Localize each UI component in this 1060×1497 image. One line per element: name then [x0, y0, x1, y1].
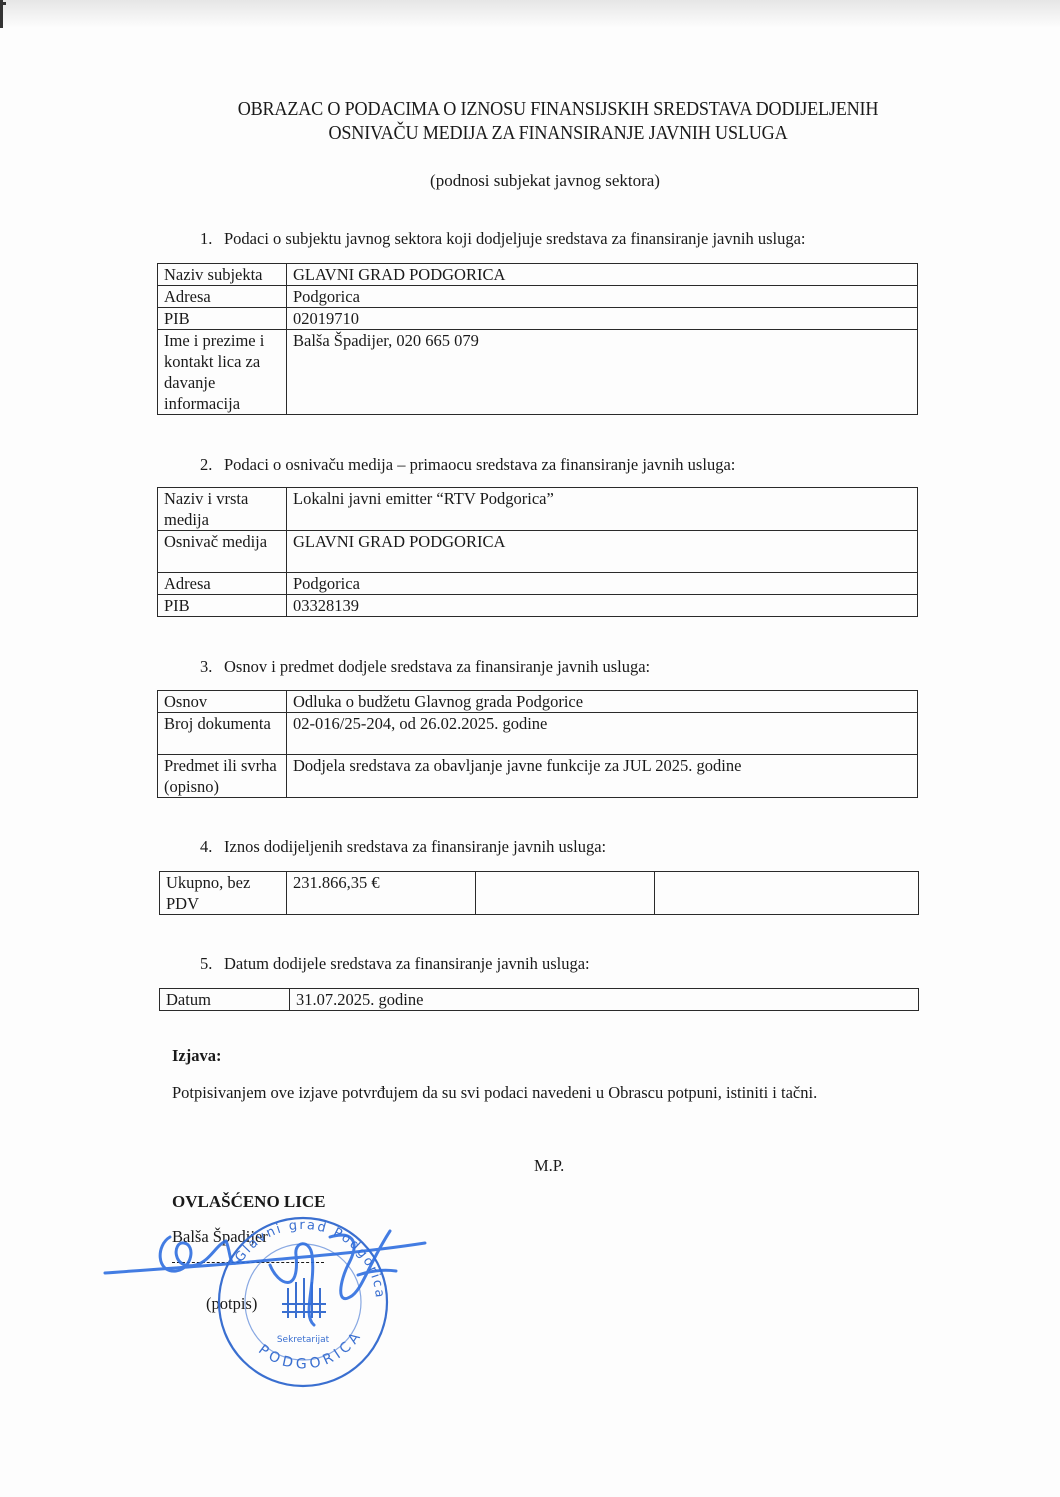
row-label: Naziv subjekta	[158, 264, 287, 286]
section-2-heading: 2.Podaci o osnivaču medija – primaocu sr…	[200, 454, 735, 476]
table-row: PIB 03328139	[158, 595, 918, 617]
row-value: 02-016/25-204, od 26.02.2025. godine	[287, 713, 918, 755]
empty-cell	[655, 872, 919, 915]
row-label: Ime i prezime i kontakt lica za davanje …	[158, 330, 287, 415]
row-value: GLAVNI GRAD PODGORICA	[287, 264, 918, 286]
scan-edge-corner	[0, 2, 6, 5]
row-value: Lokalni javni emitter “RTV Podgorica”	[287, 488, 918, 531]
section-5-heading: 5.Datum dodijele sredstava za finansiran…	[200, 953, 590, 975]
table-row: Predmet ili svrha (opisno) Dodjela sreds…	[158, 755, 918, 798]
table-date: Datum 31.07.2025. godine	[159, 988, 919, 1011]
table-amount: Ukupno, bez PDV 231.866,35 €	[159, 871, 919, 915]
empty-cell	[476, 872, 655, 915]
table-row: Adresa Podgorica	[158, 573, 918, 595]
document-subtitle: (podnosi subjekat javnog sektora)	[100, 170, 990, 192]
row-value: Podgorica	[287, 573, 918, 595]
section-number: 5.	[200, 953, 224, 975]
table-row: Ime i prezime i kontakt lica za davanje …	[158, 330, 918, 415]
section-number: 3.	[200, 656, 224, 678]
section-heading-text: Podaci o osnivaču medija – primaocu sred…	[224, 455, 735, 474]
section-heading-text: Podaci o subjektu javnog sektora koji do…	[224, 229, 805, 248]
row-label: Datum	[160, 989, 290, 1011]
row-value: 03328139	[287, 595, 918, 617]
row-label: PIB	[158, 595, 287, 617]
row-value: 31.07.2025. godine	[290, 989, 919, 1011]
row-label: Adresa	[158, 573, 287, 595]
table-row: Broj dokumenta 02-016/25-204, od 26.02.2…	[158, 713, 918, 755]
amount-value: 231.866,35 €	[287, 872, 476, 915]
table-subject: Naziv subjekta GLAVNI GRAD PODGORICA Adr…	[157, 263, 918, 415]
section-4-heading: 4.Iznos dodijeljenih sredstava za finans…	[200, 836, 606, 858]
row-label: Ukupno, bez PDV	[160, 872, 287, 915]
row-label: Predmet ili svrha (opisno)	[158, 755, 287, 798]
table-row: PIB 02019710	[158, 308, 918, 330]
section-1-heading: 1.Podaci o subjektu javnog sektora koji …	[200, 228, 805, 250]
declaration-text: Potpisivanjem ove izjave potvrđujem da s…	[172, 1083, 817, 1103]
scan-shadow	[0, 0, 1060, 28]
table-row: Naziv subjekta GLAVNI GRAD PODGORICA	[158, 264, 918, 286]
row-value: Balša Špadijer, 020 665 079	[287, 330, 918, 415]
title-line-1: OBRAZAC O PODACIMA O IZNOSU FINANSIJSKIH…	[132, 98, 984, 122]
table-row: Ukupno, bez PDV 231.866,35 €	[160, 872, 919, 915]
row-label: PIB	[158, 308, 287, 330]
section-heading-text: Iznos dodijeljenih sredstava za finansir…	[224, 837, 606, 856]
section-number: 2.	[200, 454, 224, 476]
document-title: OBRAZAC O PODACIMA O IZNOSU FINANSIJSKIH…	[132, 98, 984, 146]
table-row: Osnov Odluka o budžetu Glavnog grada Pod…	[158, 691, 918, 713]
section-heading-text: Datum dodijele sredstava za finansiranje…	[224, 954, 590, 973]
seal-placeholder: M.P.	[534, 1156, 564, 1176]
row-value: Dodjela sredstava za obavljanje javne fu…	[287, 755, 918, 798]
section-3-heading: 3.Osnov i predmet dodjele sredstava za f…	[200, 656, 650, 678]
row-value: Odluka o budžetu Glavnog grada Podgorice	[287, 691, 918, 713]
table-row: Datum 31.07.2025. godine	[160, 989, 919, 1011]
declaration-title: Izjava:	[172, 1046, 221, 1066]
table-row: Adresa Podgorica	[158, 286, 918, 308]
row-label: Osnov	[158, 691, 287, 713]
table-media-founder: Naziv i vrsta medija Lokalni javni emitt…	[157, 487, 918, 617]
title-line-2: OSNIVAČU MEDIJA ZA FINANSIRANJE JAVNIH U…	[132, 122, 984, 146]
table-row: Naziv i vrsta medija Lokalni javni emitt…	[158, 488, 918, 531]
row-value: Podgorica	[287, 286, 918, 308]
section-number: 1.	[200, 228, 224, 250]
section-number: 4.	[200, 836, 224, 858]
row-value: 02019710	[287, 308, 918, 330]
row-label: Naziv i vrsta medija	[158, 488, 287, 531]
row-value: GLAVNI GRAD PODGORICA	[287, 531, 918, 573]
row-label: Osnivač medija	[158, 531, 287, 573]
row-label: Adresa	[158, 286, 287, 308]
authorized-person-title: OVLAŠĆENO LICE	[172, 1192, 326, 1212]
section-heading-text: Osnov i predmet dodjele sredstava za fin…	[224, 657, 650, 676]
handwritten-signature-icon	[100, 1225, 430, 1335]
table-basis-subject: Osnov Odluka o budžetu Glavnog grada Pod…	[157, 690, 918, 798]
row-label: Broj dokumenta	[158, 713, 287, 755]
svg-text:Sekretarijat: Sekretarijat	[277, 1335, 330, 1345]
table-row: Osnivač medija GLAVNI GRAD PODGORICA	[158, 531, 918, 573]
